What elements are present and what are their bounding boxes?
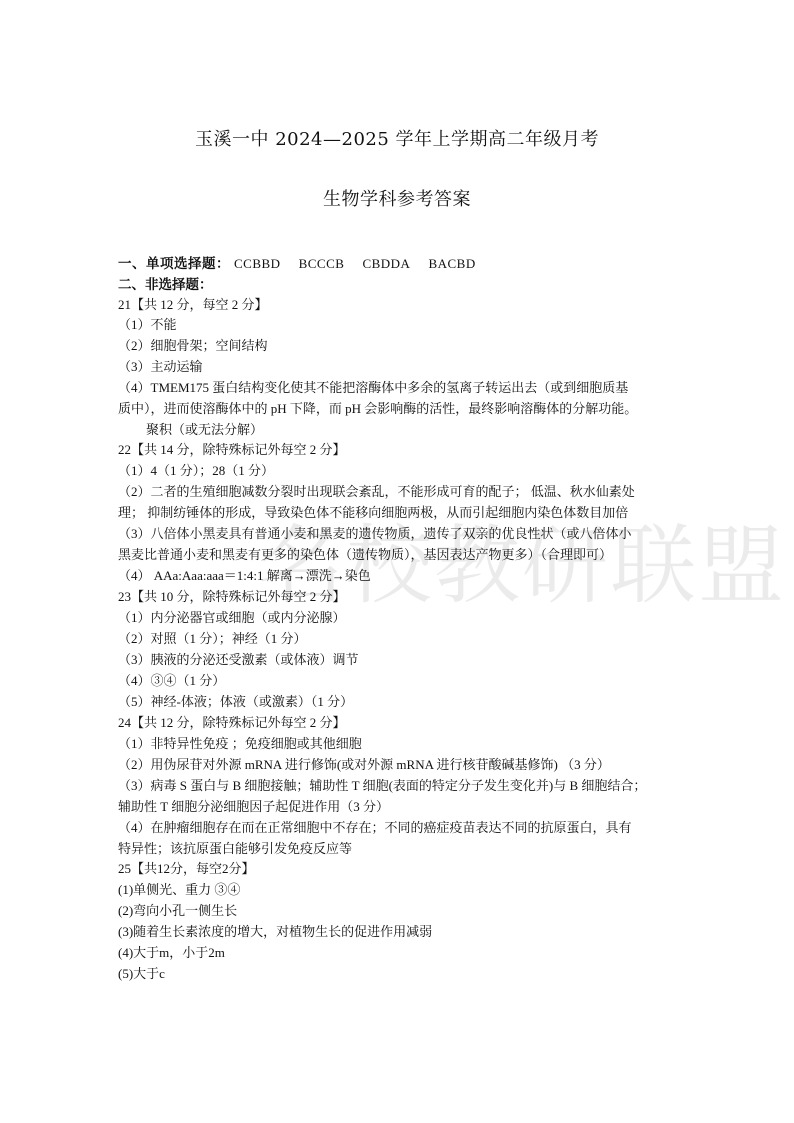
answer-line: 辅助性 T 细胞分泌细胞因子起促进作用（3 分）	[118, 798, 389, 816]
answer-line: 特异性；该抗原蛋白能够引发免疫反应等	[118, 840, 352, 858]
answer-line: 理； 抑制纺锤体的形成，导致染色体不能移向细胞两极，从而引起细胞内染色体数目加倍	[118, 504, 628, 522]
question-header: 21【共 12 分，每空 2 分】	[118, 296, 268, 314]
answer-line: （3）胰液的分泌还受激素（或体液）调节	[118, 651, 359, 669]
answer-line: (5)大于c	[118, 965, 165, 983]
mcq-answers-11-15: CBDDA	[362, 256, 410, 271]
section-non-choice: 二、非选择题：	[118, 276, 213, 294]
answer-line: （5）神经-体液；体液（或激素）（1 分）	[118, 693, 353, 711]
answer-line: （1）不能	[118, 316, 177, 334]
question-header: 23【共 10 分，除特殊标记外每空 2 分】	[118, 588, 346, 606]
answer-line: （2）细胞骨架；空间结构	[118, 337, 268, 355]
answer-line: (4)大于m，小于2m	[118, 944, 225, 962]
answer-line: （2）用伪尿苷对外源 mRNA 进行修饰(或对外源 mRNA 进行核苷酸碱基修饰…	[118, 756, 610, 774]
answer-line: （4）TMEM175 蛋白结构变化使其不能把溶酶体中多余的氢离子转运出去（或到细…	[118, 379, 628, 397]
subject-title: 生物学科参考答案	[0, 185, 794, 211]
exam-title: 玉溪一中 2024—2025 学年上学期高二年级月考	[0, 125, 794, 151]
answer-line: 聚积（或无法分解）	[146, 421, 263, 439]
answer-line: （3）主动运输	[118, 358, 203, 376]
answer-line: （3）病毒 S 蛋白与 B 细胞接触；辅助性 T 细胞(表面的特定分子发生变化并…	[118, 777, 646, 795]
question-header: 24【共 12 分，除特殊标记外每空 2 分】	[118, 714, 346, 732]
answer-line: (1)单侧光、重力 ③④	[118, 881, 240, 899]
answer-line: （2）二者的生殖细胞减数分裂时出现联会紊乱，不能形成可育的配子； 低温、秋水仙素…	[118, 483, 635, 501]
answer-line: (3)随着生长素浓度的增大，对植物生长的促进作用减弱	[118, 923, 432, 941]
mcq-answers-1-5: CCBBD	[234, 256, 281, 271]
answer-line: （1）内分泌器官或细胞（或内分泌腺）	[118, 609, 346, 627]
section-single-choice: 一、单项选择题：CCBBDBCCCBCBDDABACBD	[118, 255, 494, 273]
section-heading: 二、非选择题：	[118, 277, 213, 293]
answer-line: （2）对照（1 分）；神经（1 分）	[118, 630, 307, 648]
section-heading: 一、单项选择题：	[118, 256, 230, 272]
answer-key-page: 玉溪一中 2024—2025 学年上学期高二年级月考 生物学科参考答案 名校教研…	[0, 0, 794, 1123]
question-header: 25【共12分，每空2分】	[118, 860, 255, 878]
answer-line: （3）八倍体小黑麦具有普通小麦和黑麦的遗传物质，遗传了双亲的优良性状（或八倍体小	[118, 525, 632, 543]
answer-line: （1）非特异性免疫 ；免疫细胞或其他细胞	[118, 735, 362, 753]
mcq-answers-6-10: BCCCB	[299, 256, 345, 271]
answer-line: 黑麦比普通小麦和黑麦有更多的染色体（遗传物质），基因表达产物更多）（合理即可）	[118, 546, 612, 564]
answer-line: (2)弯向小孔一侧生长	[118, 902, 237, 920]
question-header: 22【共 14 分，除特殊标记外每空 2 分】	[118, 441, 346, 459]
answer-line: （4）③④（1 分）	[118, 672, 225, 690]
answer-line: 质中），进而使溶酶体中的 pH 下降，而 pH 会影响酶的活性，最终影响溶酶体的…	[118, 400, 637, 418]
answer-line: （1）4（1 分）；28（1 分）	[118, 462, 274, 480]
answer-line: （4） AAa:Aaa:aaa＝1:4:1 解离→漂洗→染色	[118, 567, 371, 585]
answer-line: （4）在肿瘤细胞存在而在正常细胞中不存在；不同的癌症疫苗表达不同的抗原蛋白，具有	[118, 819, 632, 837]
mcq-answers-16-20: BACBD	[428, 256, 475, 271]
